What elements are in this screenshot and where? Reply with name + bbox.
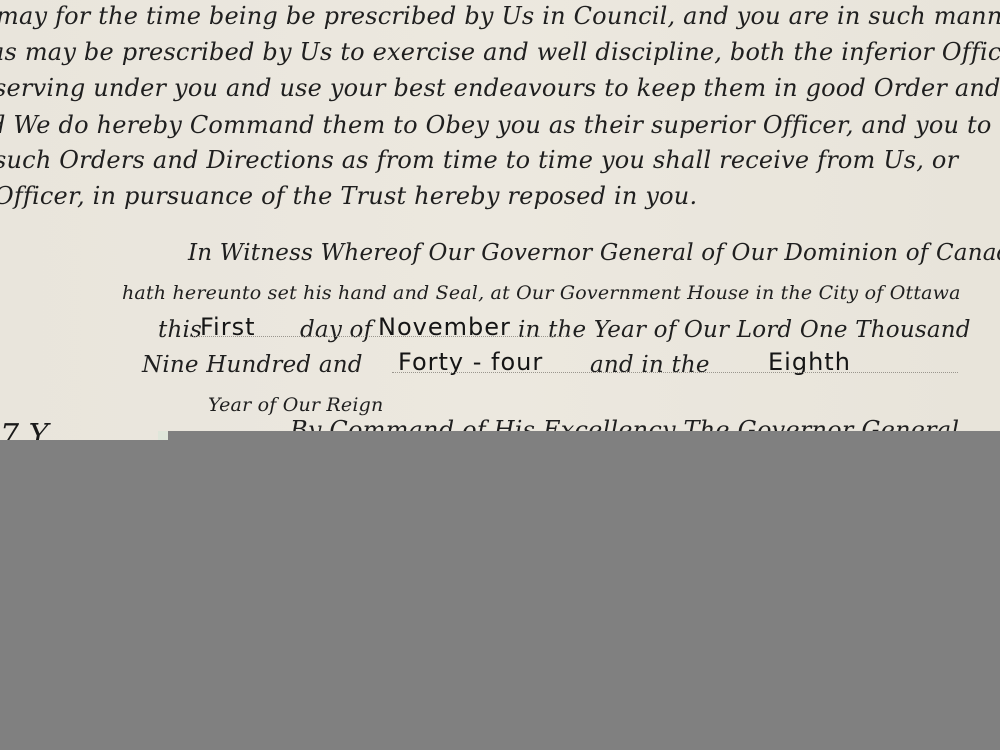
redaction-edge — [158, 431, 168, 440]
redaction-block-left — [0, 440, 168, 750]
body-line-3: serving under you and use your best ende… — [0, 74, 1000, 102]
document-page: may for the time being be prescribed by … — [0, 0, 1000, 750]
witness-line-1: In Witness Whereof Our Governor General … — [188, 240, 1000, 266]
witness-and-in-the-label: and in the — [590, 352, 710, 378]
witness-this-label: this — [158, 317, 202, 343]
witness-day-of-label: day of — [300, 317, 372, 343]
witness-line-5: Year of Our Reign — [208, 394, 383, 416]
witness-year-of-lord-label: in the Year of Our Lord One Thousand — [518, 317, 971, 343]
fill-line-day-month — [190, 336, 570, 337]
body-line-1: may for the time being be prescribed by … — [0, 2, 1000, 30]
redaction-block-main — [168, 431, 1000, 750]
body-line-6: Officer, in pursuance of the Trust hereb… — [0, 182, 697, 210]
body-line-5: such Orders and Directions as from time … — [0, 146, 958, 174]
body-line-4: d We do hereby Command them to Obey you … — [0, 111, 991, 139]
witness-line-2: hath hereunto set his hand and Seal, at … — [122, 282, 961, 304]
body-line-2: as may be prescribed by Us to exercise a… — [0, 38, 1000, 66]
fill-line-year — [392, 372, 958, 373]
witness-nine-hundred-label: Nine Hundred and — [142, 352, 363, 378]
